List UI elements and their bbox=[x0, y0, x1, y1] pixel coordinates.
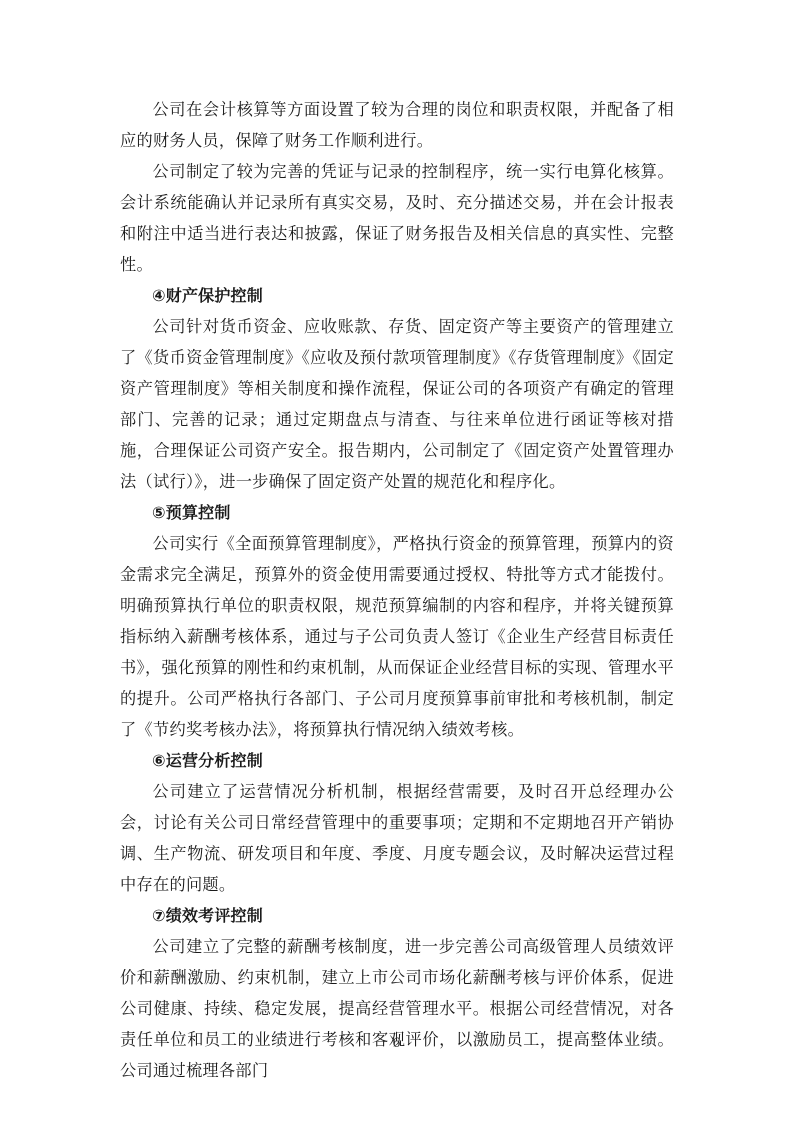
heading-budget-control: ⑤预算控制 bbox=[120, 497, 674, 528]
heading-performance-evaluation: ⑦绩效考评控制 bbox=[120, 900, 674, 931]
document-body: 公司在会计核算等方面设置了较为合理的岗位和职责权限，并配备了相应的财务人员，保障… bbox=[120, 94, 674, 1086]
page-number: 6 bbox=[0, 1036, 793, 1051]
heading-property-protection: ④财产保护控制 bbox=[120, 280, 674, 311]
heading-operation-analysis: ⑥运营分析控制 bbox=[120, 745, 674, 776]
paragraph-property-protection: 公司针对货币资金、应收账款、存货、固定资产等主要资产的管理建立了《货币资金管理制… bbox=[120, 311, 674, 497]
paragraph-budget-control: 公司实行《全面预算管理制度》，严格执行资金的预算管理，预算内的资金需求完全满足，… bbox=[120, 528, 674, 745]
paragraph-operation-analysis: 公司建立了运营情况分析机制，根据经营需要，及时召开总经理办公会，讨论有关公司日常… bbox=[120, 776, 674, 900]
paragraph-accounting-roles: 公司在会计核算等方面设置了较为合理的岗位和职责权限，并配备了相应的财务人员，保障… bbox=[120, 94, 674, 156]
paragraph-performance-evaluation: 公司建立了完整的薪酬考核制度，进一步完善公司高级管理人员绩效评价和薪酬激励、约束… bbox=[120, 931, 674, 1086]
paragraph-voucher-control: 公司制定了较为完善的凭证与记录的控制程序，统一实行电算化核算。会计系统能确认并记… bbox=[120, 156, 674, 280]
